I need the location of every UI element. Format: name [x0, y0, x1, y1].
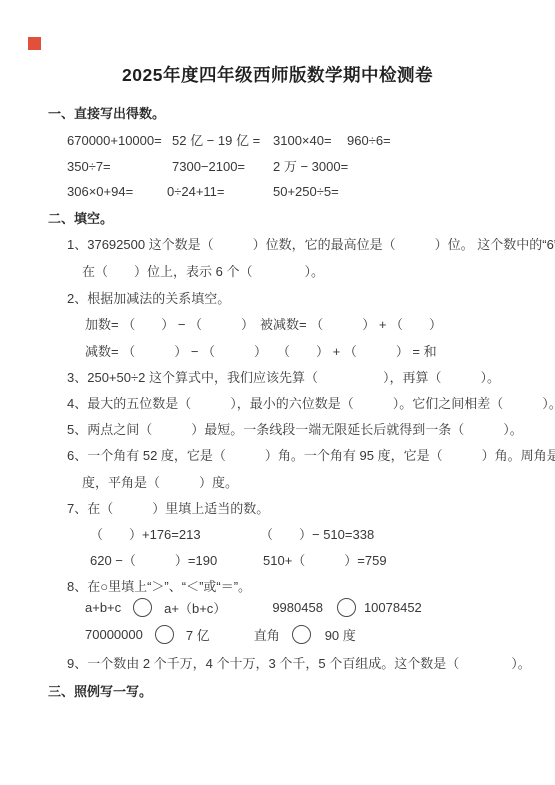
oral-problem: 3100×40= — [273, 133, 332, 149]
section-2-heading: 二、填空。 — [48, 211, 113, 227]
page-title: 2025年度四年级西师版数学期中检测卷 — [0, 62, 555, 87]
comparison-right-term: 90 度 — [325, 625, 356, 644]
comparison-circle — [155, 625, 174, 644]
question-4: 4、最大的五位数是（ ），最小的六位数是（ ）。它们之间相差（ ）。 — [67, 396, 555, 412]
question-7-equation: （ ）+176=213 — [90, 527, 201, 543]
exam-paper-page: 2025年度四年级西师版数学期中检测卷 一、直接写出得数。 670000+100… — [0, 0, 555, 785]
comparison-right-term: 7 亿 — [186, 625, 210, 644]
question-7-equation: 620 −（ ）=190 — [90, 553, 217, 569]
comparison-right-term: 10078452 — [364, 600, 422, 615]
oral-problem: 670000+10000= — [67, 133, 162, 149]
comparison-circle — [337, 598, 356, 617]
oral-problem: 52 亿 − 19 亿 = — [172, 133, 260, 149]
section-1-heading: 一、直接写出得数。 — [48, 106, 165, 122]
question-2-blank-subtrahend: 减数= （ ） − （ ） — [85, 344, 267, 360]
comparison-left-term: a+b+c — [85, 600, 121, 615]
oral-problem: 0÷24+11= — [167, 184, 225, 200]
question-2-blank-sum: （ ） + （ ） = 和 — [277, 344, 437, 360]
question-1-line-1: 1、37692500 这个数是（ ）位数，它的最高位是（ ）位。 这个数中的“6… — [67, 237, 555, 253]
oral-problem: 7300−2100= — [172, 159, 245, 175]
question-2-blank-addend: 加数= （ ） − （ ） — [85, 317, 254, 333]
comparison-circle — [292, 625, 311, 644]
question-6-line-2: 度，平角是（ ）度。 — [82, 475, 238, 491]
oral-problem: 50+250÷5= — [273, 184, 339, 200]
section-3-heading: 三、照例写一写。 — [48, 684, 152, 700]
question-7-equation: 510+（ ）=759 — [263, 553, 387, 569]
comparison-left-term: 直角 — [254, 625, 280, 644]
question-2-blank-minuend: 被减数= （ ） + （ ） — [260, 317, 442, 333]
comparison-left-term: 70000000 — [85, 627, 143, 642]
question-3: 3、250+50÷2 这个算式中，我们应该先算（ ），再算（ ）。 — [67, 370, 500, 386]
question-1-line-2: 在（ ）位上，表示 6 个（ ）。 — [82, 264, 324, 280]
comparison-left-term: 9980458 — [272, 600, 323, 615]
oral-problem: 350÷7= — [67, 159, 111, 175]
oral-problem: 306×0+94= — [67, 184, 133, 200]
oral-problem: 960÷6= — [347, 133, 391, 149]
question-9: 9、一个数由 2 个千万，4 个十万，3 个千，5 个百组成。这个数是（ ）。 — [67, 656, 531, 672]
spacer — [226, 607, 272, 608]
question-7-equation: （ ）− 510=338 — [260, 527, 374, 543]
red-square-marker — [28, 37, 41, 50]
spacer — [210, 634, 254, 635]
question-8-comparison-row: a+b+c a+（b+c） 9980458 10078452 — [85, 598, 422, 617]
comparison-right-term: a+（b+c） — [164, 598, 226, 617]
oral-problem: 2 万 − 3000= — [273, 159, 348, 175]
question-5: 5、两点之间（ ）最短。一条线段一端无限延长后就得到一条（ ）。 — [67, 422, 523, 438]
question-8-comparison-row: 70000000 7 亿 直角 90 度 — [85, 625, 356, 644]
question-2: 2、根据加减法的关系填空。 — [67, 291, 230, 307]
question-8: 8、在○里填上“＞”、“＜”或“＝”。 — [67, 579, 251, 595]
comparison-circle — [133, 598, 152, 617]
question-6-line-1: 6、一个角有 52 度，它是（ ）角。一个角有 95 度，它是（ ）角。周角是（… — [67, 448, 555, 464]
question-7: 7、在（ ）里填上适当的数。 — [67, 501, 269, 517]
